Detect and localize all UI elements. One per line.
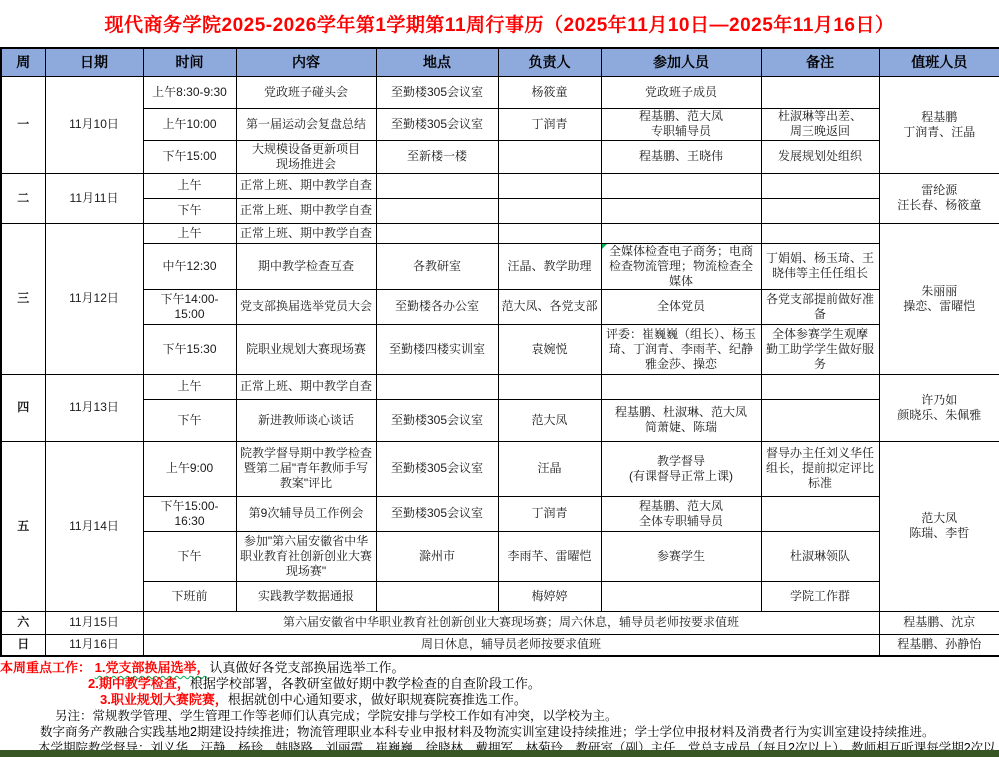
cell-time: 上午	[143, 173, 236, 198]
cell-remark	[761, 173, 879, 198]
col-header-location: 地点	[376, 48, 498, 76]
cell-remark	[761, 496, 879, 531]
col-header-date: 日期	[45, 48, 143, 76]
cell-content: 正常上班、期中教学自查	[236, 198, 376, 223]
table-row: 下午 新进教师谈心谈话 至勤楼305会议室 范大凤 程基鹏、杜淑琳、范大凤 简萧…	[1, 399, 999, 441]
col-header-week: 周	[1, 48, 45, 76]
cell-time: 下午	[143, 399, 236, 441]
table-row: 五 11月14日 上午9:00 院教学督导期中教学检查暨第二届"青年教师手写教案…	[1, 441, 999, 496]
col-header-owner: 负责人	[498, 48, 601, 76]
cell-content: 第一届运动会复盘总结	[236, 108, 376, 140]
note-line-focus: 本周重点工作： 1.党支部换届选举，认真做好各党支部换届选举工作。	[0, 660, 999, 676]
focus-item-1: 1.党支部换届选举，	[95, 660, 210, 675]
cell-location: 至勤楼305会议室	[376, 76, 498, 108]
cell-location: 各教研室	[376, 243, 498, 289]
cell-date: 11月12日	[45, 223, 143, 374]
cell-time: 下班前	[143, 581, 236, 611]
cell-week: 二	[1, 173, 45, 223]
cell-content: 正常上班、期中教学自查	[236, 223, 376, 243]
cell-content: 期中教学检查互查	[236, 243, 376, 289]
cell-owner: 丁润青	[498, 496, 601, 531]
table-row: 四 11月13日 上午 正常上班、期中教学自查 许乃如 颜晓乐、朱佩雅	[1, 374, 999, 399]
cell-owner: 李雨芊、雷曜恺	[498, 531, 601, 581]
cell-owner: 汪晶	[498, 441, 601, 496]
table-row: 中午12:30 期中教学检查互查 各教研室 汪晶、教学助理 全媒体检查电子商务；…	[1, 243, 999, 289]
col-header-remark: 备注	[761, 48, 879, 76]
cell-participants	[601, 223, 761, 243]
note-line-2: 2.期中教学检查，根据学校部署，各教研室做好期中教学检查的自查阶段工作。	[0, 676, 999, 692]
cell-duty: 许乃如 颜晓乐、朱佩雅	[879, 374, 999, 441]
table-row: 日 11月16日 周日休息，辅导员老师按要求值班 程基鹏、孙静怡	[1, 634, 999, 656]
table-row: 上午10:00 第一届运动会复盘总结 至勤楼305会议室 丁润青 程基鹏、范大凤…	[1, 108, 999, 140]
cell-week: 六	[1, 611, 45, 634]
table-row: 下班前 实践教学数据通报 梅婷婷 学院工作群	[1, 581, 999, 611]
cell-remark: 发展规划处组织	[761, 140, 879, 173]
cell-week: 四	[1, 374, 45, 441]
schedule-table: 周 日期 时间 内容 地点 负责人 参加人员 备注 值班人员 一 11月10日 …	[0, 47, 999, 657]
cell-content: 正常上班、期中教学自查	[236, 173, 376, 198]
cell-location: 滁州市	[376, 531, 498, 581]
cell-owner: 袁婉悦	[498, 324, 601, 374]
cell-duty: 程基鹏 丁润青、汪晶	[879, 76, 999, 173]
cell-location: 至勤楼305会议室	[376, 441, 498, 496]
cell-owner: 汪晶、教学助理	[498, 243, 601, 289]
cell-content: 周日休息，辅导员老师按要求值班	[143, 634, 879, 656]
cell-time: 下午14:00-15:00	[143, 289, 236, 324]
cell-remark	[761, 374, 879, 399]
cell-duty: 朱丽丽 操恋、雷曜恺	[879, 223, 999, 374]
cell-owner	[498, 374, 601, 399]
cell-content: 参加"第六届安徽省中华职业教育社创新创业大赛现场赛"	[236, 531, 376, 581]
cell-time: 下午	[143, 531, 236, 581]
cell-duty: 范大凤 陈瑞、李哲	[879, 441, 999, 611]
cell-content: 第9次辅导员工作例会	[236, 496, 376, 531]
cell-week: 一	[1, 76, 45, 173]
cell-date: 11月16日	[45, 634, 143, 656]
cell-remark: 督导办主任刘义华任组长，提前拟定评比标准	[761, 441, 879, 496]
cell-week: 五	[1, 441, 45, 611]
cell-participants: 参赛学生	[601, 531, 761, 581]
cell-remark: 杜淑琳领队	[761, 531, 879, 581]
cell-time: 下午15:00	[143, 140, 236, 173]
table-row: 下午15:30 院职业规划大赛现场赛 至勤楼四楼实训室 袁婉悦 评委：崔巍巍（组…	[1, 324, 999, 374]
cell-owner	[498, 173, 601, 198]
table-row: 二 11月11日 上午 正常上班、期中教学自查 雷纶源 汪长春、杨筱童	[1, 173, 999, 198]
cell-week: 三	[1, 223, 45, 374]
cell-date: 11月15日	[45, 611, 143, 634]
table-row: 六 11月15日 第六届安徽省中华职业教育社创新创业大赛现场赛；周六休息，辅导员…	[1, 611, 999, 634]
cell-content: 实践教学数据通报	[236, 581, 376, 611]
cell-content: 院职业规划大赛现场赛	[236, 324, 376, 374]
cell-content: 院教学督导期中教学检查暨第二届"青年教师手写教案"评比	[236, 441, 376, 496]
col-header-participants: 参加人员	[601, 48, 761, 76]
table-row: 下午15:00-16:30 第9次辅导员工作例会 至勤楼305会议室 丁润青 程…	[1, 496, 999, 531]
cell-remark: 各党支部提前做好准备	[761, 289, 879, 324]
cell-owner	[498, 198, 601, 223]
cell-content: 正常上班、期中教学自查	[236, 374, 376, 399]
cell-location: 至勤楼各办公室	[376, 289, 498, 324]
cell-owner: 杨筱童	[498, 76, 601, 108]
page-title: 现代商务学院2025-2026学年第1学期第11周行事历（2025年11月10日…	[0, 0, 999, 47]
cell-time: 下午15:30	[143, 324, 236, 374]
cell-location	[376, 173, 498, 198]
cell-owner: 丁润青	[498, 108, 601, 140]
cell-participants: 程基鹏、范大凤 全体专职辅导员	[601, 496, 761, 531]
cell-participants: 评委：崔巍巍（组长）、杨玉琦、丁润青、李雨芊、纪静雅金莎、操恋	[601, 324, 761, 374]
cell-content: 党政班子碰头会	[236, 76, 376, 108]
cell-participants: 程基鹏、范大凤 专职辅导员	[601, 108, 761, 140]
focus-item-1-text: 认真做好各党支部换届选举工作。	[209, 660, 404, 675]
cell-time: 上午8:30-9:30	[143, 76, 236, 108]
cell-content: 党支部换届选举党员大会	[236, 289, 376, 324]
cell-participants: 党政班子成员	[601, 76, 761, 108]
cell-location: 至勤楼305会议室	[376, 108, 498, 140]
cell-location: 至勤楼305会议室	[376, 399, 498, 441]
focus-label: 本周重点工作：	[0, 660, 91, 675]
cell-time: 上午10:00	[143, 108, 236, 140]
cell-participants	[601, 173, 761, 198]
cell-remark: 丁娟娟、杨玉琦、王晓伟等主任任组长	[761, 243, 879, 289]
table-row: 下午14:00-15:00 党支部换届选举党员大会 至勤楼各办公室 范大凤、各党…	[1, 289, 999, 324]
cell-owner: 梅婷婷	[498, 581, 601, 611]
cell-participants	[601, 374, 761, 399]
cell-participants	[601, 198, 761, 223]
focus-item-3-text: 根据就创中心通知要求，做好职规赛院赛推选工作。	[228, 692, 527, 707]
cell-participants: 全体党员	[601, 289, 761, 324]
cell-remark	[761, 223, 879, 243]
cell-owner	[498, 223, 601, 243]
footer-notes: 本周重点工作： 1.党支部换届选举，认真做好各党支部换届选举工作。 2.期中教学…	[0, 657, 999, 756]
cell-duty: 程基鹏、沈京	[879, 611, 999, 634]
focus-item-3: 3.职业规划大赛院赛，	[100, 692, 228, 707]
cell-location	[376, 223, 498, 243]
cell-participants: 程基鹏、王晓伟	[601, 140, 761, 173]
cell-week: 日	[1, 634, 45, 656]
cell-remark: 全体参赛学生观摩 勤工助学学生做好服务	[761, 324, 879, 374]
table-row: 下午15:00 大规模设备更新项目 现场推进会 至新楼一楼 程基鹏、王晓伟 发展…	[1, 140, 999, 173]
col-header-content: 内容	[236, 48, 376, 76]
cell-location: 至勤楼305会议室	[376, 496, 498, 531]
cell-location	[376, 374, 498, 399]
cell-content: 大规模设备更新项目 现场推进会	[236, 140, 376, 173]
cell-participants: 教学督导 (有课督导正常上课)	[601, 441, 761, 496]
cell-date: 11月10日	[45, 76, 143, 173]
cell-remark: 杜淑琳等出差、 周三晚返回	[761, 108, 879, 140]
cell-content: 新进教师谈心谈话	[236, 399, 376, 441]
bottom-green-bar	[0, 750, 999, 757]
note-line-other: 另注：常规教学管理、学生管理工作等老师们认真完成；学院安排与学校工作如有冲突，以…	[0, 708, 999, 724]
cell-remark	[761, 198, 879, 223]
cell-remark	[761, 399, 879, 441]
cell-location: 至新楼一楼	[376, 140, 498, 173]
cell-date: 11月14日	[45, 441, 143, 611]
cell-date: 11月13日	[45, 374, 143, 441]
focus-item-2: 2.期中教学检查，	[88, 676, 190, 691]
note-line-3: 3.职业规划大赛院赛，根据就创中心通知要求，做好职规赛院赛推选工作。	[0, 692, 999, 708]
cell-participants: 全媒体检查电子商务；电商检查物流管理；物流检查全媒体	[601, 243, 761, 289]
cell-owner	[498, 140, 601, 173]
col-header-time: 时间	[143, 48, 236, 76]
cell-remark	[761, 76, 879, 108]
cell-remark: 学院工作群	[761, 581, 879, 611]
table-row: 下午 参加"第六届安徽省中华职业教育社创新创业大赛现场赛" 滁州市 李雨芊、雷曜…	[1, 531, 999, 581]
cell-location	[376, 581, 498, 611]
cell-owner: 范大凤	[498, 399, 601, 441]
cell-time: 上午9:00	[143, 441, 236, 496]
cell-duty: 程基鹏、孙静怡	[879, 634, 999, 656]
cell-time: 下午15:00-16:30	[143, 496, 236, 531]
table-row: 下午 正常上班、期中教学自查	[1, 198, 999, 223]
cell-content: 第六届安徽省中华职业教育社创新创业大赛现场赛；周六休息，辅导员老师按要求值班	[143, 611, 879, 634]
note-line-projects: 数字商务产教融合实践基地2期建设持续推进；物流管理职业本科专业申报材料及物流实训…	[0, 724, 999, 740]
cell-duty: 雷纶源 汪长春、杨筱童	[879, 173, 999, 223]
cell-location: 至勤楼四楼实训室	[376, 324, 498, 374]
cell-time: 中午12:30	[143, 243, 236, 289]
cell-participants	[601, 581, 761, 611]
focus-item-2-text: 根据学校部署，各教研室做好期中教学检查的自查阶段工作。	[190, 676, 541, 691]
cell-time: 上午	[143, 223, 236, 243]
cell-time: 下午	[143, 198, 236, 223]
cell-date: 11月11日	[45, 173, 143, 223]
col-header-duty: 值班人员	[879, 48, 999, 76]
cell-owner: 范大凤、各党支部	[498, 289, 601, 324]
cell-participants: 程基鹏、杜淑琳、范大凤 简萧婕、陈瑞	[601, 399, 761, 441]
header-row: 周 日期 时间 内容 地点 负责人 参加人员 备注 值班人员	[1, 48, 999, 76]
cell-time: 上午	[143, 374, 236, 399]
cell-location	[376, 198, 498, 223]
schedule-page: 现代商务学院2025-2026学年第1学期第11周行事历（2025年11月10日…	[0, 0, 999, 757]
table-row: 一 11月10日 上午8:30-9:30 党政班子碰头会 至勤楼305会议室 杨…	[1, 76, 999, 108]
table-row: 三 11月12日 上午 正常上班、期中教学自查 朱丽丽 操恋、雷曜恺	[1, 223, 999, 243]
